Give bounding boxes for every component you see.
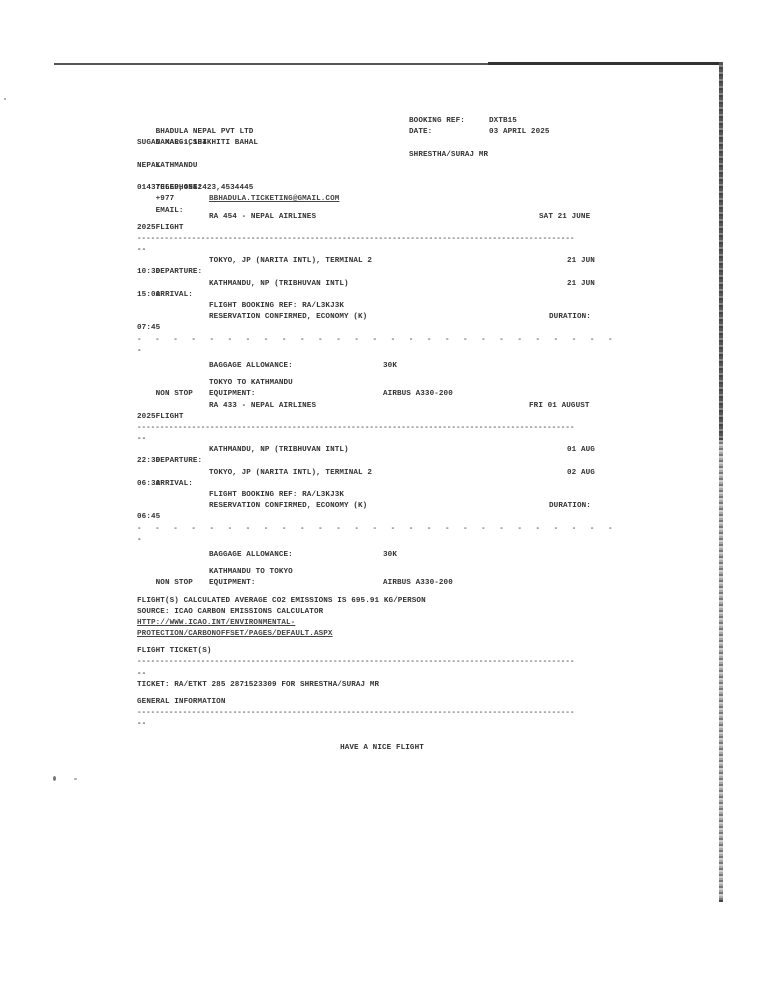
baggage-label: BAGGAGE ALLOWANCE:	[209, 550, 293, 561]
scan-speck	[53, 776, 56, 781]
emissions-url-link-cont[interactable]: PROTECTION/CARBONOFFSET/PAGES/DEFAULT.AS…	[137, 630, 333, 638]
emissions-url-link[interactable]: HTTP://WWW.ICAO.INT/ENVIRONMENTAL-	[137, 619, 295, 627]
scan-top-border-right	[488, 62, 722, 65]
agency-address-line2: SUGAD MARG-C104	[137, 139, 207, 147]
segment-1-arrival: KATHMANDU, NP (TRIBHUVAN INTL)	[209, 279, 349, 290]
segment-1-baggage: 30K	[383, 361, 397, 372]
segment-1-equipment: AIRBUS A330-200	[383, 389, 453, 400]
agency-email-link[interactable]: BBHADULA.TICKETING@GMAIL.COM	[209, 194, 339, 205]
equipment-label: EQUIPMENT:	[209, 389, 256, 400]
booking-date-label: DATE:	[409, 127, 432, 138]
segment-2-flight-date: FRI 01 AUGUST	[529, 401, 590, 412]
general-info-heading: GENERAL INFORMATION	[137, 698, 225, 706]
segment-2-flight-year: 2025	[137, 413, 156, 421]
segment-1-departure-date: 21 JUN	[567, 256, 595, 267]
segment-2-route: KATHMANDU TO TOKYO	[209, 567, 293, 578]
segment-1-departure-time: 10:30	[137, 268, 160, 276]
booking-date: 03 APRIL 2025	[489, 127, 550, 138]
agency-name-row: BHADULA NEPAL PVT LTD BOOKING REF: DXTB1…	[137, 116, 627, 127]
duration-label: DURATION:	[549, 312, 591, 323]
segment-1-flight: RA 454 - NEPAL AIRLINES	[209, 212, 316, 223]
dashed-divider-tail: -	[137, 347, 142, 355]
equipment-label: EQUIPMENT:	[209, 578, 256, 589]
segment-1-flight-year: 2025	[137, 224, 156, 232]
closing-message: HAVE A NICE FLIGHT	[340, 744, 424, 752]
segment-2-arrival-time: 06:30	[137, 480, 160, 488]
emissions-statement: FLIGHT(S) CALCULATED AVERAGE CO2 EMISSIO…	[137, 597, 426, 605]
dashed-divider: ----------------------------------------…	[137, 657, 627, 668]
segment-2-flight-row: FLIGHT RA 433 - NEPAL AIRLINES FRI 01 AU…	[137, 401, 627, 412]
dashed-divider: ----------------------------------------…	[137, 423, 627, 434]
ticket-number-line: TICKET: RA/ETKT 285 2871523309 FOR SHRES…	[137, 681, 379, 689]
dashed-divider-tail: --	[137, 246, 146, 254]
tickets-heading: FLIGHT TICKET(S)	[137, 647, 212, 655]
segment-2-arrival-date: 02 AUG	[567, 468, 595, 479]
segment-2-departure-date: 01 AUG	[567, 445, 595, 456]
segment-2-departure-time: 22:30	[137, 457, 160, 465]
segment-1-duration: 07:45	[137, 324, 160, 332]
segment-2-departure: KATHMANDU, NP (TRIBHUVAN INTL)	[209, 445, 349, 456]
booking-ref: DXTB15	[489, 116, 517, 127]
segment-2-equipment: AIRBUS A330-200	[383, 578, 453, 589]
segment-1-flight-date: SAT 21 JUNE	[539, 212, 590, 223]
baggage-label: BAGGAGE ALLOWANCE:	[209, 361, 293, 372]
agency-phone-numbers: 014370669,4542423,4534445	[137, 184, 253, 192]
segment-2-booking-ref: FLIGHT BOOKING REF: RA/L3KJ3K	[209, 490, 344, 501]
segment-1-reservation: RESERVATION CONFIRMED, ECONOMY (K)	[209, 312, 367, 323]
agency-country: NEPAL	[137, 162, 160, 170]
segment-1-route: TOKYO TO KATHMANDU	[209, 378, 293, 389]
dashed-divider: ----------------------------------------…	[137, 708, 627, 719]
scan-right-edge-faint	[719, 440, 723, 900]
segment-1-arrival-date: 21 JUN	[567, 279, 595, 290]
segment-1-arrival-time: 15:00	[137, 291, 160, 299]
segment-2-reservation: RESERVATION CONFIRMED, ECONOMY (K)	[209, 501, 367, 512]
dashed-divider: ----------------------------------------…	[137, 234, 627, 245]
sparse-dashed-divider: - - - - - - - - - - - - - - - - - - - - …	[137, 524, 627, 535]
passenger-name: SHRESTHA/SURAJ MR	[409, 150, 488, 161]
segment-1-booking-ref: FLIGHT BOOKING REF: RA/L3KJ3K	[209, 301, 344, 312]
emissions-source: SOURCE: ICAO CARBON EMISSIONS CALCULATOR	[137, 608, 323, 616]
dashed-divider-tail: --	[137, 720, 146, 728]
segment-2-baggage: 30K	[383, 550, 397, 561]
dashed-divider-tail: --	[137, 670, 146, 678]
itinerary-document: BHADULA NEPAL PVT LTD BOOKING REF: DXTB1…	[137, 116, 627, 754]
duration-label: DURATION:	[549, 501, 591, 512]
dashed-divider-tail: -	[137, 536, 142, 544]
segment-2-flight: RA 433 - NEPAL AIRLINES	[209, 401, 316, 412]
segment-2-duration: 06:45	[137, 513, 160, 521]
segment-1-departure: TOKYO, JP (NARITA INTL), TERMINAL 2	[209, 256, 372, 267]
sparse-dashed-divider: - - - - - - - - - - - - - - - - - - - - …	[137, 335, 627, 346]
segment-1-flight-row: FLIGHT RA 454 - NEPAL AIRLINES SAT 21 JU…	[137, 212, 627, 223]
scan-top-border	[54, 63, 488, 65]
scan-speck	[74, 778, 77, 780]
agency-address-row: NAXAL-1,SHIKHITI BAHAL DATE: 03 APRIL 20…	[137, 127, 627, 138]
segment-2-arrival: TOKYO, JP (NARITA INTL), TERMINAL 2	[209, 468, 372, 479]
booking-ref-label: BOOKING REF:	[409, 116, 465, 127]
dashed-divider-tail: --	[137, 435, 146, 443]
scan-speck	[4, 98, 6, 100]
